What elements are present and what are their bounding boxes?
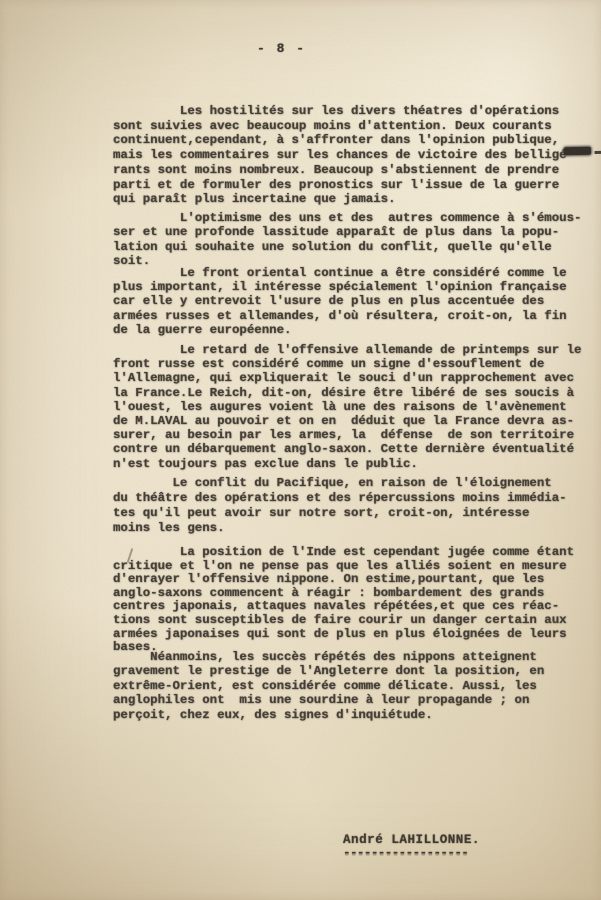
paragraph-retard-offensive: Le retard de l'offensive allemande de pr… (113, 343, 581, 471)
ink-smudge-overstrike (564, 147, 591, 156)
paragraph-position-inde: La position de l'Inde est cependant jugé… (113, 546, 574, 655)
paragraph-front-oriental: Le front oriental continue a être consid… (113, 266, 567, 337)
paragraph-hostilites: Les hostilités sur les divers théatres d… (113, 104, 567, 207)
scanned-document-page: - 8 - Les hostilités sur les divers théa… (0, 0, 601, 900)
page-number: - 8 - (257, 41, 306, 56)
paragraph-neanmoins: Néanmoins, les succès répétés des nippon… (113, 650, 544, 722)
paragraph-optimisme: L'optimisme des uns et des autres commen… (113, 211, 581, 269)
signature-name: André LAHILLONNE. (343, 833, 480, 847)
paragraph-conflit-pacifique: Le conflit du Pacifique, en raison de l'… (113, 476, 567, 536)
signature-underline: ------------------ (343, 846, 468, 860)
